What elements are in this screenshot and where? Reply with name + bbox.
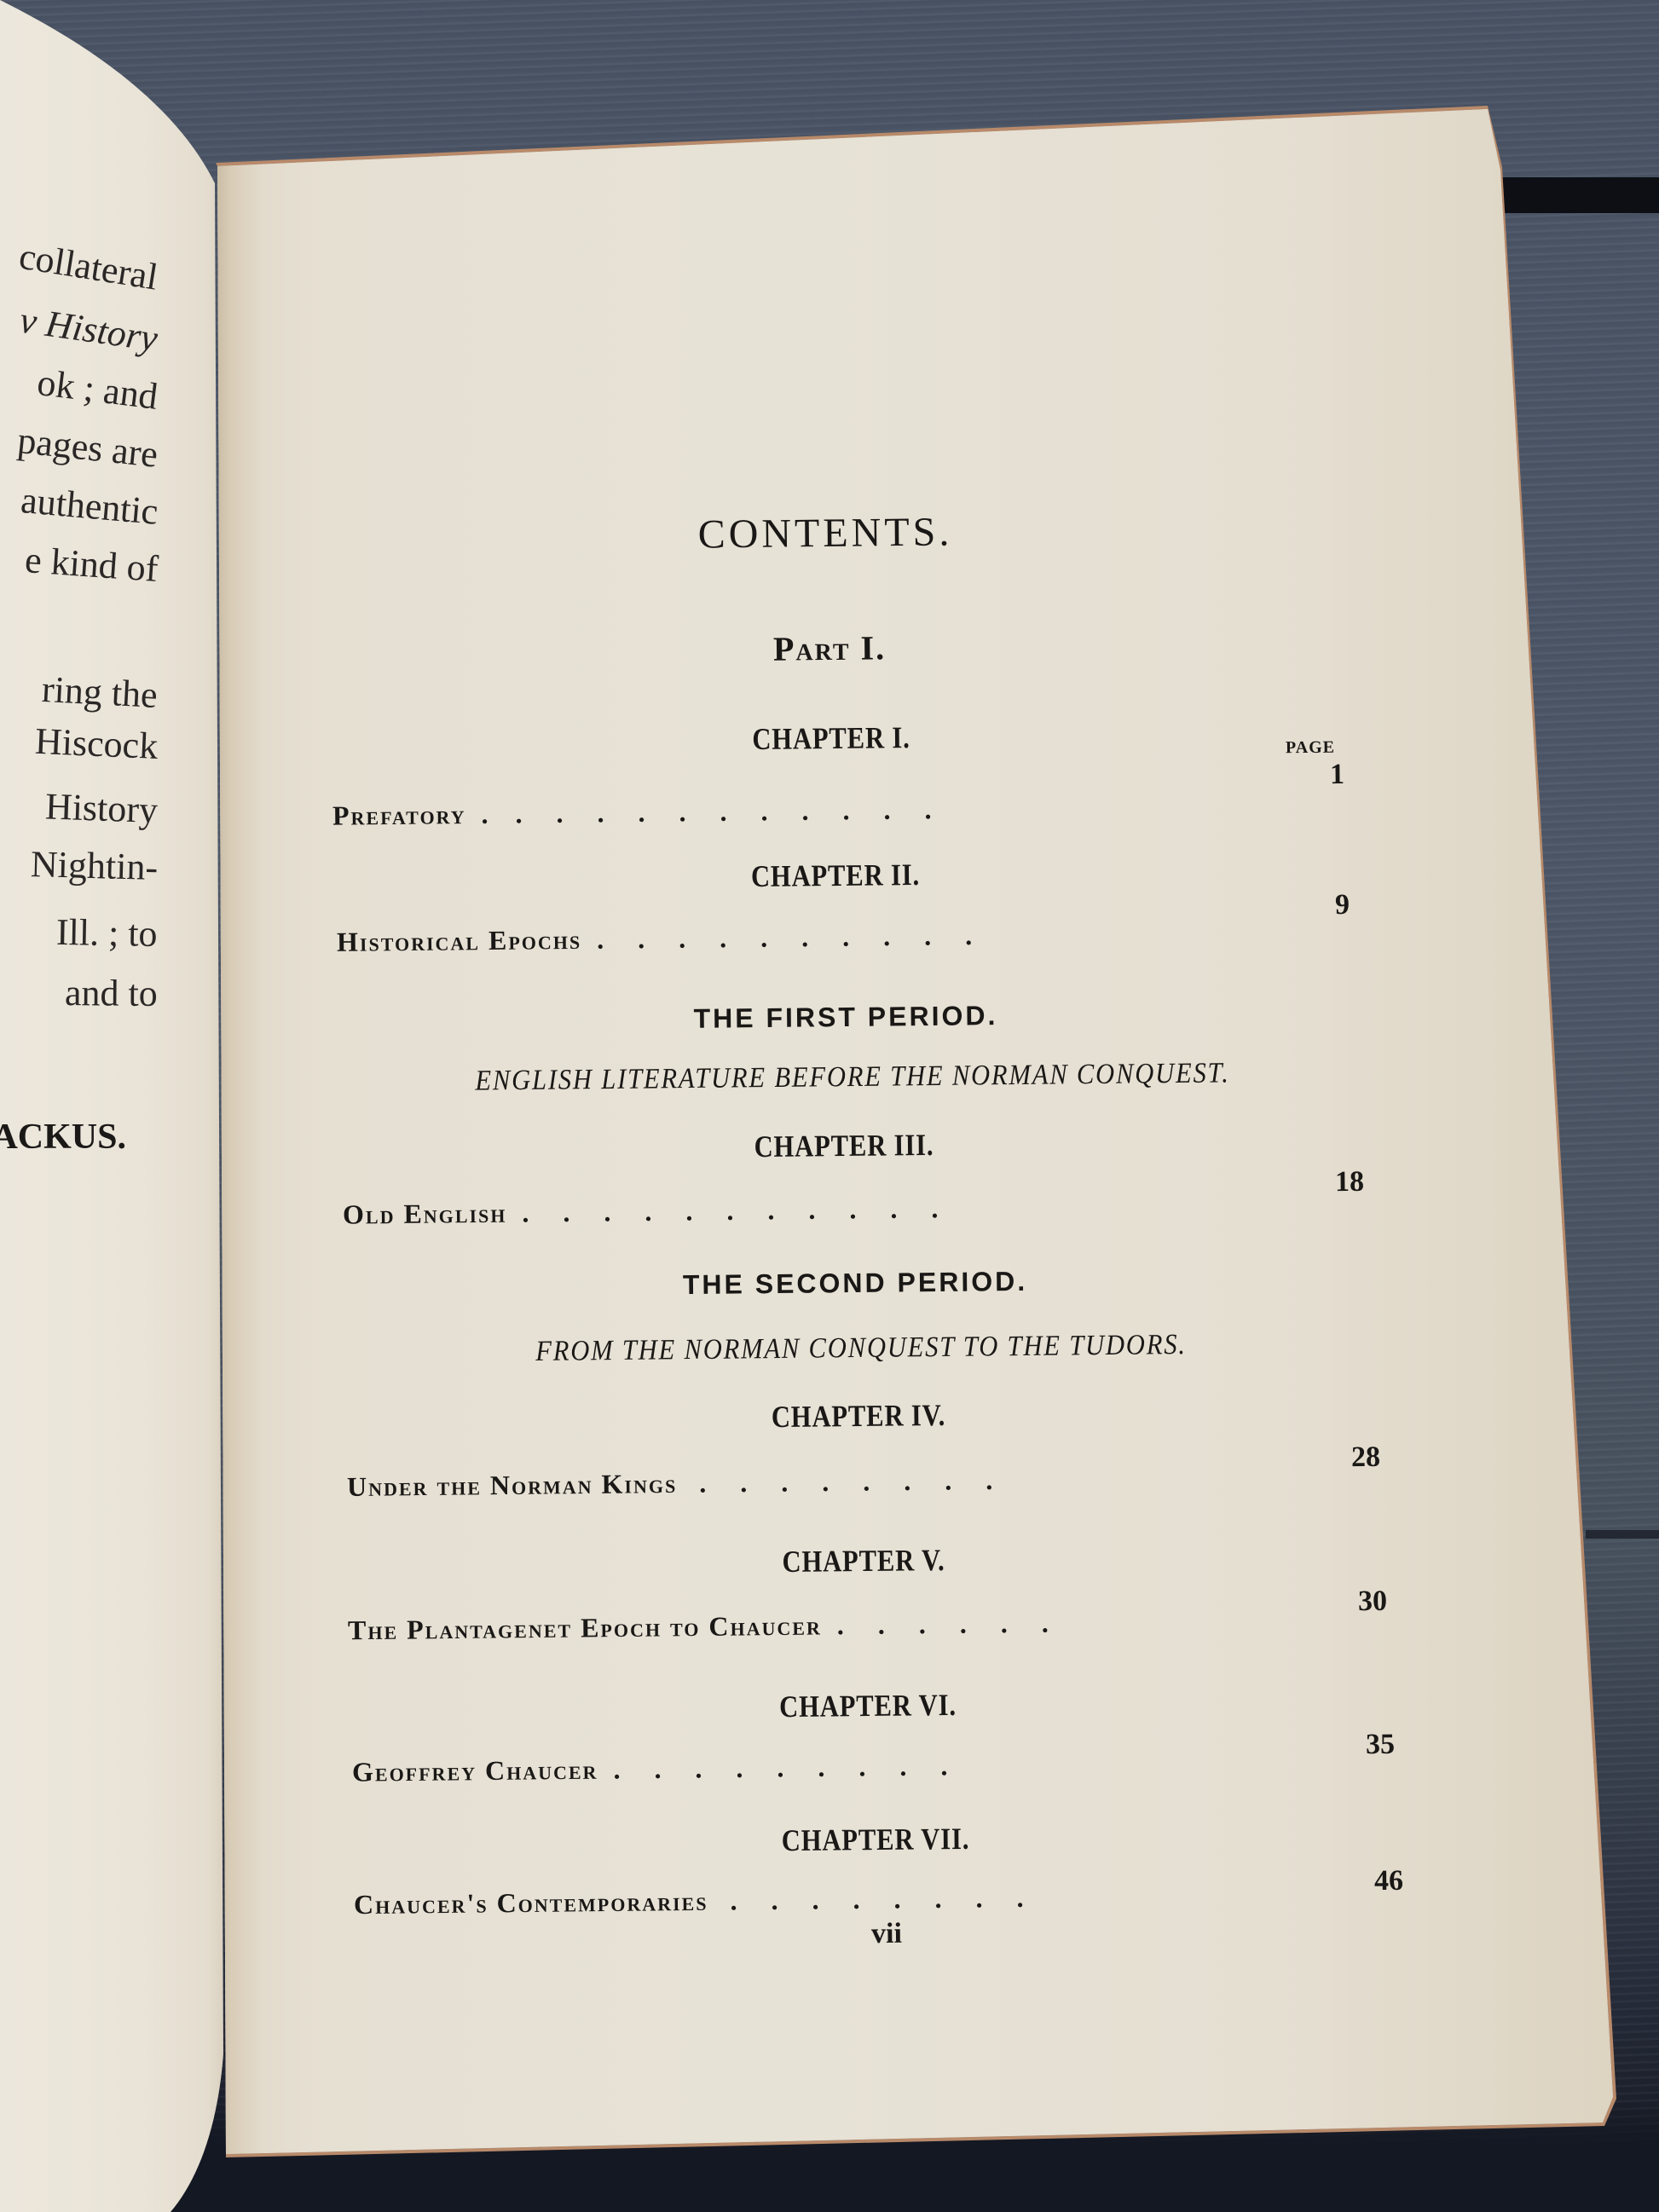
toc-entry[interactable]: Old English . . . . . . . . . . . — [343, 1193, 939, 1230]
page-number: 30 — [1358, 1585, 1387, 1618]
leader-dots: . . . . . . . . . . . — [515, 1193, 938, 1227]
text-line: e kind of — [23, 538, 159, 591]
chapter-heading: CHAPTER I. — [752, 719, 910, 757]
entry-title: Prefatory — [332, 799, 466, 831]
chapter-heading: CHAPTER IV. — [772, 1397, 946, 1435]
contents-title: CONTENTS. — [697, 508, 952, 557]
entry-title: Under the Norman Kings — [347, 1468, 678, 1502]
leader-dots: . . . . . . . . . . — [590, 920, 972, 955]
leader-dots: . . . . . . — [830, 1608, 1049, 1641]
page-number: 46 — [1374, 1865, 1403, 1897]
page-number: 1 — [1330, 759, 1344, 791]
period-subtitle: FROM THE NORMAN CONQUEST TO THE TUDORS. — [535, 1329, 1187, 1368]
chapter-heading: CHAPTER V. — [782, 1542, 945, 1580]
toc-entry[interactable]: Prefatory . . . . . . . . . . . . — [332, 794, 932, 831]
entry-title: Geoffrey Chaucer — [352, 1754, 598, 1788]
signature-line: ACKUS. — [0, 1117, 126, 1158]
chapter-heading: CHAPTER II. — [751, 857, 921, 894]
page-number: 28 — [1351, 1441, 1380, 1474]
right-page: CONTENTS. Part I. CHAPTER I. PAGE 1 Pref… — [0, 0, 1659, 2212]
entry-title: Chaucer's Contemporaries — [354, 1886, 708, 1920]
toc-entry[interactable]: The Plantagenet Epoch to Chaucer . . . .… — [348, 1608, 1049, 1647]
chapter-heading: CHAPTER VI. — [779, 1687, 957, 1724]
leader-dots: . . . . . . . . . — [606, 1750, 947, 1784]
toc-entry[interactable]: Historical Epochs . . . . . . . . . . — [337, 920, 972, 958]
chapter-heading: CHAPTER III. — [754, 1127, 934, 1164]
page-number: 18 — [1335, 1166, 1364, 1198]
plank-gap — [1483, 177, 1659, 213]
leader-dots: . . . . . . . . — [716, 1882, 1023, 1916]
page-number: 35 — [1366, 1729, 1395, 1761]
text-line: Hiscock — [34, 719, 159, 768]
entry-title: The Plantagenet Epoch to Chaucer — [348, 1609, 822, 1645]
text-line: and to — [65, 971, 158, 1015]
text-line: ring the — [41, 667, 159, 717]
leader-dots: . . . . . . . . . . . . — [474, 794, 931, 829]
page-folio: vii — [871, 1918, 902, 1950]
page-column-label: PAGE — [1286, 738, 1335, 759]
toc-entry[interactable]: Geoffrey Chaucer . . . . . . . . . — [352, 1750, 948, 1788]
page-number: 9 — [1335, 889, 1350, 921]
toc-entry[interactable]: Chaucer's Contemporaries . . . . . . . . — [354, 1882, 1024, 1920]
entry-title: Old English — [343, 1198, 507, 1230]
part-heading: Part I. — [773, 627, 887, 668]
text-line: Nightin- — [30, 842, 158, 889]
period-heading: THE SECOND PERIOD. — [683, 1266, 1028, 1301]
toc-entry[interactable]: Under the Norman Kings . . . . . . . . — [347, 1464, 993, 1503]
text-line: History — [44, 784, 159, 832]
plank-seam — [1586, 1530, 1659, 1539]
entry-title: Historical Epochs — [337, 924, 581, 957]
text-line: Ill. ; to — [56, 910, 158, 956]
chapter-heading: CHAPTER VII. — [782, 1821, 970, 1858]
period-subtitle: ENGLISH LITERATURE BEFORE THE NORMAN CON… — [475, 1057, 1230, 1097]
leader-dots: . . . . . . . . — [685, 1464, 992, 1499]
period-heading: THE FIRST PERIOD. — [693, 1000, 997, 1035]
